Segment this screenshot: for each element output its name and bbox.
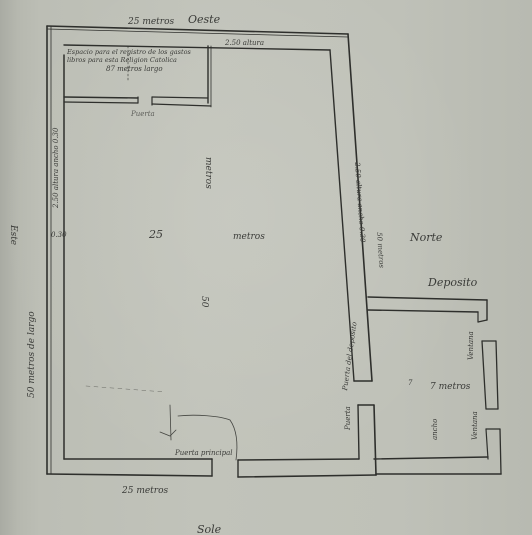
main-door-label: Puerta principal [175,450,233,457]
side-length-right-label: 50 metros [375,232,384,268]
orientation-left-label: Este [8,225,17,245]
deposit-window-top-label: Ventana [468,331,475,360]
deposit-vertical-label: ancho [432,419,439,440]
inner-wall-bottom-right [238,459,359,460]
deposit-title: Deposito [428,277,477,288]
deposit-wall-top [368,297,487,300]
annex-note-line2: libros para esta Religion Catolica [67,57,177,64]
hall-width-unit: metros [233,233,265,242]
deposit-window-bottom-label: Ventana [472,411,479,440]
wall-height-top-label: 2.50 altura [225,40,264,47]
annex-length-label: 87 metros largo [106,66,163,73]
outer-wall-bottom-right [238,475,376,477]
orientation-top-label: Oeste [188,14,220,25]
outer-wall-bottom-left [47,474,212,476]
bottom-width-label: 25 metros [122,487,168,496]
side-door-label: Puerta [345,406,352,430]
left-length-label: 50 metros de largo [28,311,37,398]
orientation-bottom-label: Sole [197,524,221,535]
orientation-right-label: Norte [410,232,442,243]
annex-door-label: Puerta [131,111,155,118]
hall-length-value: 50 [199,296,208,307]
deposit-wall-bottom [374,457,488,459]
annex-note-line1: Espacio para el registro de los gastos [67,49,191,56]
hall-vertical-unit: metros [203,157,212,189]
top-width-label: 25 metros [128,18,174,27]
hall-width-value: 25 [149,229,163,240]
deposit-number-mark: 7 [408,380,412,387]
wall-height-left-label: 2.50 altura ancho 0.30 [53,128,60,208]
left-mark-label: 0.30 [51,232,67,239]
deposit-size-label: 7 metros [430,383,470,392]
floor-plan-drawing [0,0,532,535]
